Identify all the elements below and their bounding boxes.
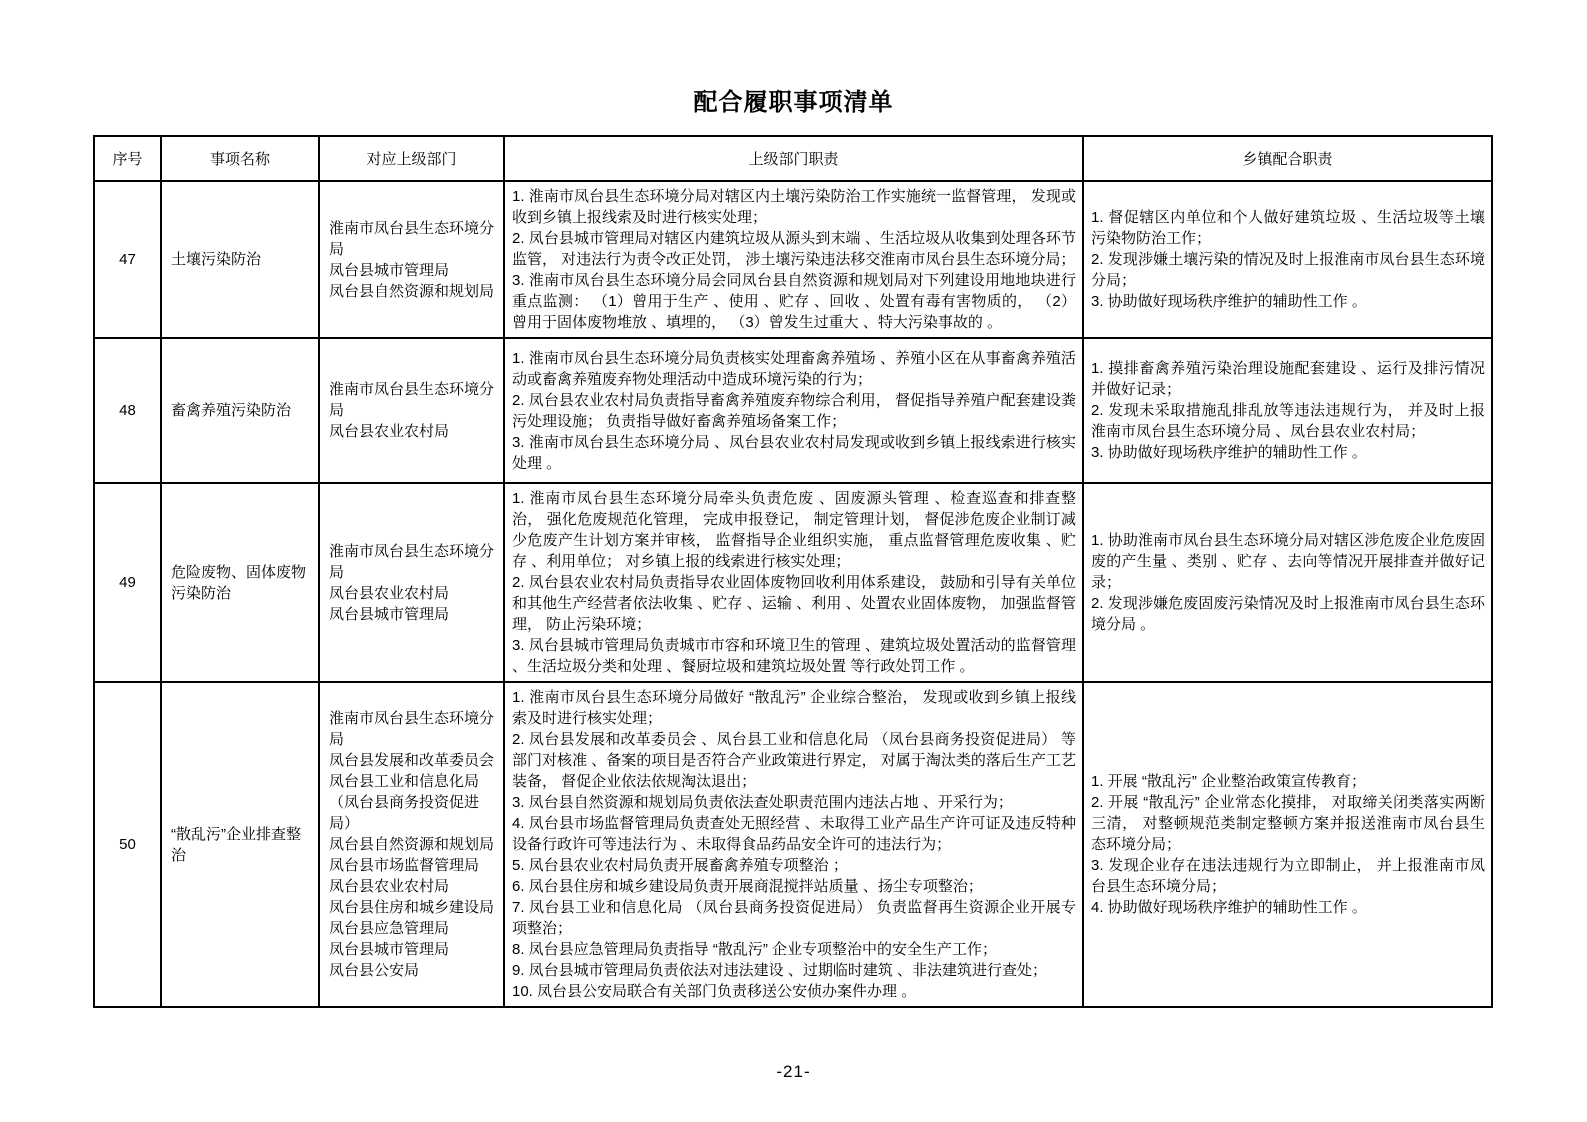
duty-table: 序号 事项名称 对应上级部门 上级部门职责 乡镇配合职责 47 土壤污染防治 淮… <box>93 135 1493 1008</box>
township-duties-text: 1. 督促辖区内单位和个人做好建筑垃圾 、生活垃圾等土壤污染物防治工作； 2. … <box>1091 207 1485 312</box>
superior-duties-text: 1. 淮南市凤台县生态环境分局牵头负责危废 、固废源头管理 、检查巡查和排查整治… <box>512 488 1076 677</box>
departments-text: 淮南市凤台县生态环境分局 凤台县发展和改革委员会 凤台县工业和信息化局（凤台县商… <box>329 708 495 981</box>
cell-township-duties: 1. 开展 “散乱污” 企业整治政策宣传教育； 2. 开展 “散乱污” 企业常态… <box>1083 682 1492 1007</box>
cell-seq: 47 <box>94 181 161 338</box>
item-name-text: 土壤污染防治 <box>171 249 310 270</box>
departments-text: 淮南市凤台县生态环境分局 凤台县城市管理局 凤台县自然资源和规划局 <box>329 218 495 302</box>
page-title: 配合履职事项清单 <box>0 82 1587 117</box>
item-name-text: 危险废物、固体废物污染防治 <box>171 562 310 604</box>
cell-seq: 49 <box>94 483 161 682</box>
document-page: 配合履职事项清单 序号 事项名称 对应上级部门 上级部门职责 乡镇配合职责 47… <box>0 0 1587 1122</box>
cell-superior-duties: 1. 淮南市凤台县生态环境分局牵头负责危废 、固废源头管理 、检查巡查和排查整治… <box>504 483 1083 682</box>
township-duties-text: 1. 协助淮南市凤台县生态环境分局对辖区涉危废企业危废固废的产生量 、类别 、贮… <box>1091 530 1485 635</box>
cell-item-name: 畜禽养殖污染防治 <box>161 338 319 483</box>
header-item-name: 事项名称 <box>161 136 319 181</box>
header-superior-duties: 上级部门职责 <box>504 136 1083 181</box>
table-row: 49 危险废物、固体废物污染防治 淮南市凤台县生态环境分局 凤台县农业农村局 凤… <box>94 483 1492 682</box>
cell-departments: 淮南市凤台县生态环境分局 凤台县城市管理局 凤台县自然资源和规划局 <box>319 181 504 338</box>
departments-text: 淮南市凤台县生态环境分局 凤台县农业农村局 <box>329 379 495 442</box>
cell-superior-duties: 1. 淮南市凤台县生态环境分局对辖区内土壤污染防治工作实施统一监督管理， 发现或… <box>504 181 1083 338</box>
table-row: 50 “散乱污”企业排查整治 淮南市凤台县生态环境分局 凤台县发展和改革委员会 … <box>94 682 1492 1007</box>
cell-seq: 48 <box>94 338 161 483</box>
cell-item-name: 危险废物、固体废物污染防治 <box>161 483 319 682</box>
township-duties-text: 1. 摸排畜禽养殖污染治理设施配套建设 、运行及排污情况并做好记录； 2. 发现… <box>1091 358 1485 463</box>
superior-duties-text: 1. 淮南市凤台县生态环境分局对辖区内土壤污染防治工作实施统一监督管理， 发现或… <box>512 186 1076 333</box>
table-header-row: 序号 事项名称 对应上级部门 上级部门职责 乡镇配合职责 <box>94 136 1492 181</box>
cell-township-duties: 1. 摸排畜禽养殖污染治理设施配套建设 、运行及排污情况并做好记录； 2. 发现… <box>1083 338 1492 483</box>
cell-township-duties: 1. 协助淮南市凤台县生态环境分局对辖区涉危废企业危废固废的产生量 、类别 、贮… <box>1083 483 1492 682</box>
cell-departments: 淮南市凤台县生态环境分局 凤台县发展和改革委员会 凤台县工业和信息化局（凤台县商… <box>319 682 504 1007</box>
header-township-duties: 乡镇配合职责 <box>1083 136 1492 181</box>
header-departments: 对应上级部门 <box>319 136 504 181</box>
superior-duties-text: 1. 淮南市凤台县生态环境分局负责核实处理畜禽养殖场 、养殖小区在从事畜禽养殖活… <box>512 348 1076 474</box>
departments-text: 淮南市凤台县生态环境分局 凤台县农业农村局 凤台县城市管理局 <box>329 541 495 625</box>
item-name-text: “散乱污”企业排查整治 <box>171 824 310 866</box>
cell-superior-duties: 1. 淮南市凤台县生态环境分局做好 “散乱污” 企业综合整治， 发现或收到乡镇上… <box>504 682 1083 1007</box>
cell-departments: 淮南市凤台县生态环境分局 凤台县农业农村局 <box>319 338 504 483</box>
township-duties-text: 1. 开展 “散乱污” 企业整治政策宣传教育； 2. 开展 “散乱污” 企业常态… <box>1091 771 1485 918</box>
cell-item-name: 土壤污染防治 <box>161 181 319 338</box>
cell-item-name: “散乱污”企业排查整治 <box>161 682 319 1007</box>
table-row: 48 畜禽养殖污染防治 淮南市凤台县生态环境分局 凤台县农业农村局 1. 淮南市… <box>94 338 1492 483</box>
item-name-text: 畜禽养殖污染防治 <box>171 400 310 421</box>
cell-departments: 淮南市凤台县生态环境分局 凤台县农业农村局 凤台县城市管理局 <box>319 483 504 682</box>
header-seq: 序号 <box>94 136 161 181</box>
page-number: -21- <box>0 1062 1587 1082</box>
superior-duties-text: 1. 淮南市凤台县生态环境分局做好 “散乱污” 企业综合整治， 发现或收到乡镇上… <box>512 687 1076 1002</box>
cell-seq: 50 <box>94 682 161 1007</box>
cell-superior-duties: 1. 淮南市凤台县生态环境分局负责核实处理畜禽养殖场 、养殖小区在从事畜禽养殖活… <box>504 338 1083 483</box>
cell-township-duties: 1. 督促辖区内单位和个人做好建筑垃圾 、生活垃圾等土壤污染物防治工作； 2. … <box>1083 181 1492 338</box>
table-row: 47 土壤污染防治 淮南市凤台县生态环境分局 凤台县城市管理局 凤台县自然资源和… <box>94 181 1492 338</box>
